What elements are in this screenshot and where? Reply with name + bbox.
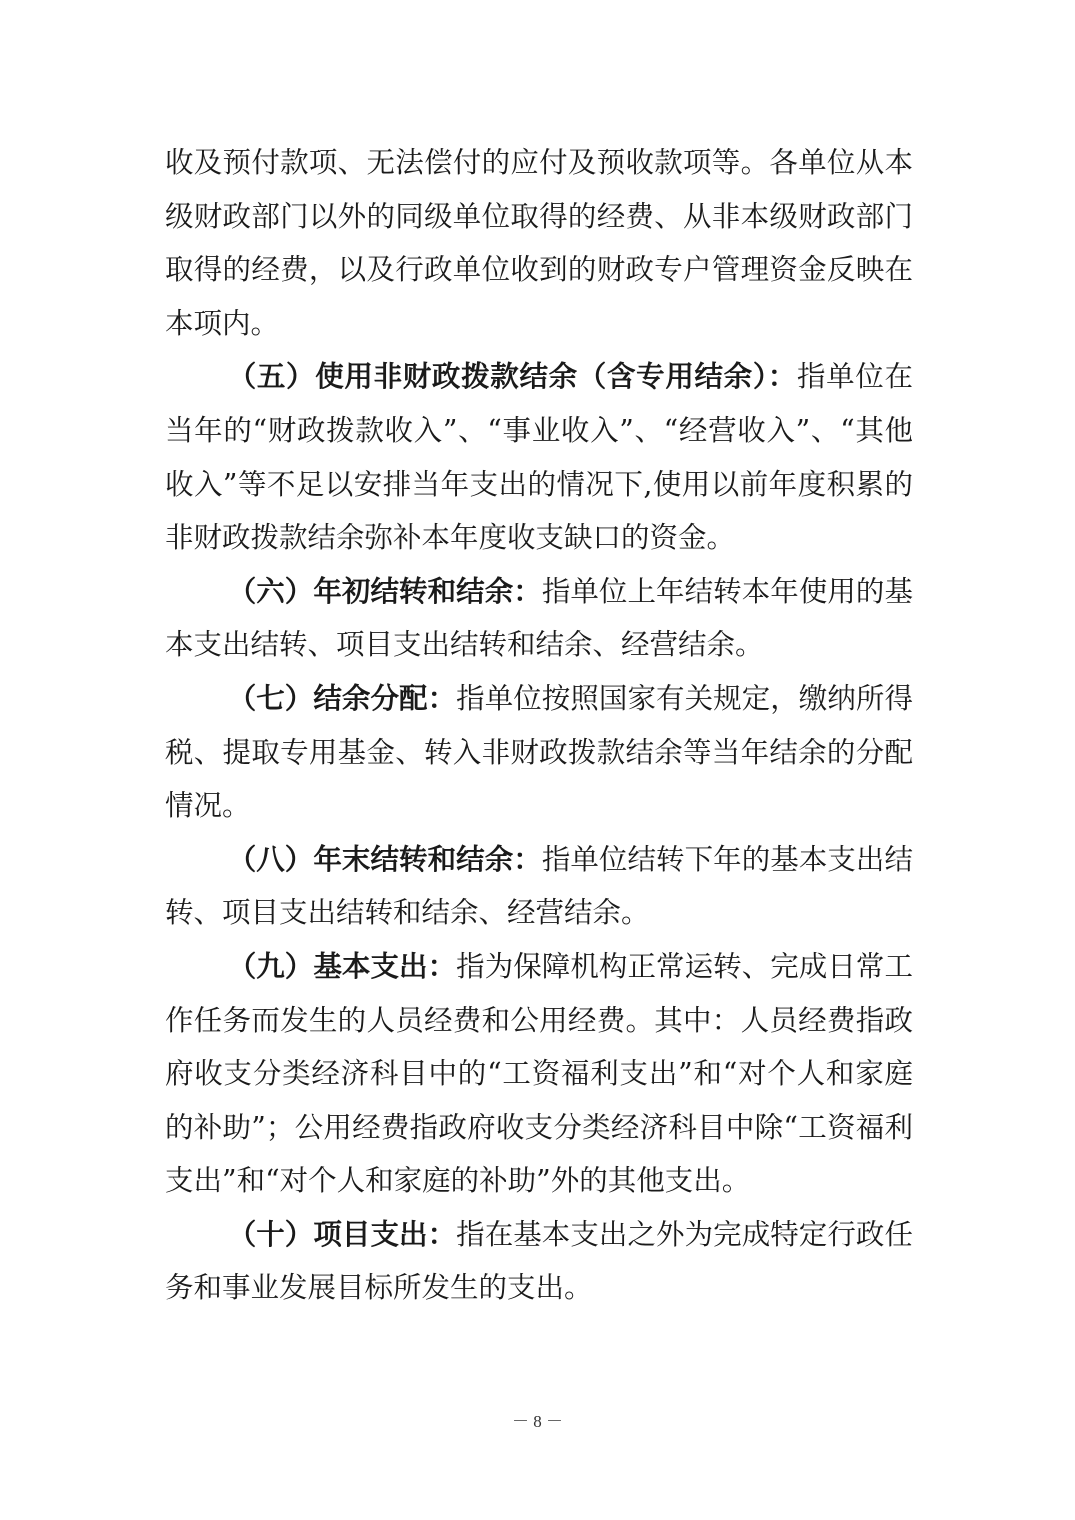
- paragraph-term: （九）基本支出：: [228, 949, 456, 983]
- page-number: － 8 －: [0, 1407, 1075, 1432]
- paragraph-text: 收及预付款项、无法偿付的应付及预收款项等。各单位从本级财政部门以外的同级单位取得…: [165, 146, 913, 340]
- paragraph-term: （十）项目支出：: [228, 1217, 456, 1251]
- paragraph-term: （七）结余分配：: [228, 681, 456, 715]
- paragraph-term: （五）使用非财政拨款结余（含专用结余）：: [228, 359, 797, 393]
- paragraph-basic-expenditure: （九）基本支出：指为保障机构正常运转、完成日常工作任务而发生的人员经费和公用经费…: [165, 940, 913, 1208]
- document-body: 收及预付款项、无法偿付的应付及预收款项等。各单位从本级财政部门以外的同级单位取得…: [165, 136, 913, 1315]
- paragraph-term: （六）年初结转和结余：: [228, 574, 542, 608]
- paragraph-closing-balance: （八）年末结转和结余：指单位结转下年的基本支出结转、项目支出结转和结余、经营结余…: [165, 833, 913, 940]
- paragraph-non-fiscal-surplus: （五）使用非财政拨款结余（含专用结余）：指单位在当年的“财政拨款收入”、“事业收…: [165, 350, 913, 564]
- paragraph-term: （八）年末结转和结余：: [228, 842, 542, 876]
- paragraph-project-expenditure: （十）项目支出：指在基本支出之外为完成特定行政任务和事业发展目标所发生的支出。: [165, 1208, 913, 1315]
- paragraph-continuation: 收及预付款项、无法偿付的应付及预收款项等。各单位从本级财政部门以外的同级单位取得…: [165, 136, 913, 350]
- paragraph-surplus-distribution: （七）结余分配：指单位按照国家有关规定，缴纳所得税、提取专用基金、转入非财政拨款…: [165, 672, 913, 833]
- paragraph-opening-balance: （六）年初结转和结余：指单位上年结转本年使用的基本支出结转、项目支出结转和结余、…: [165, 565, 913, 672]
- paragraph-text: 指为保障机构正常运转、完成日常工作任务而发生的人员经费和公用经费。其中：人员经费…: [165, 950, 913, 1197]
